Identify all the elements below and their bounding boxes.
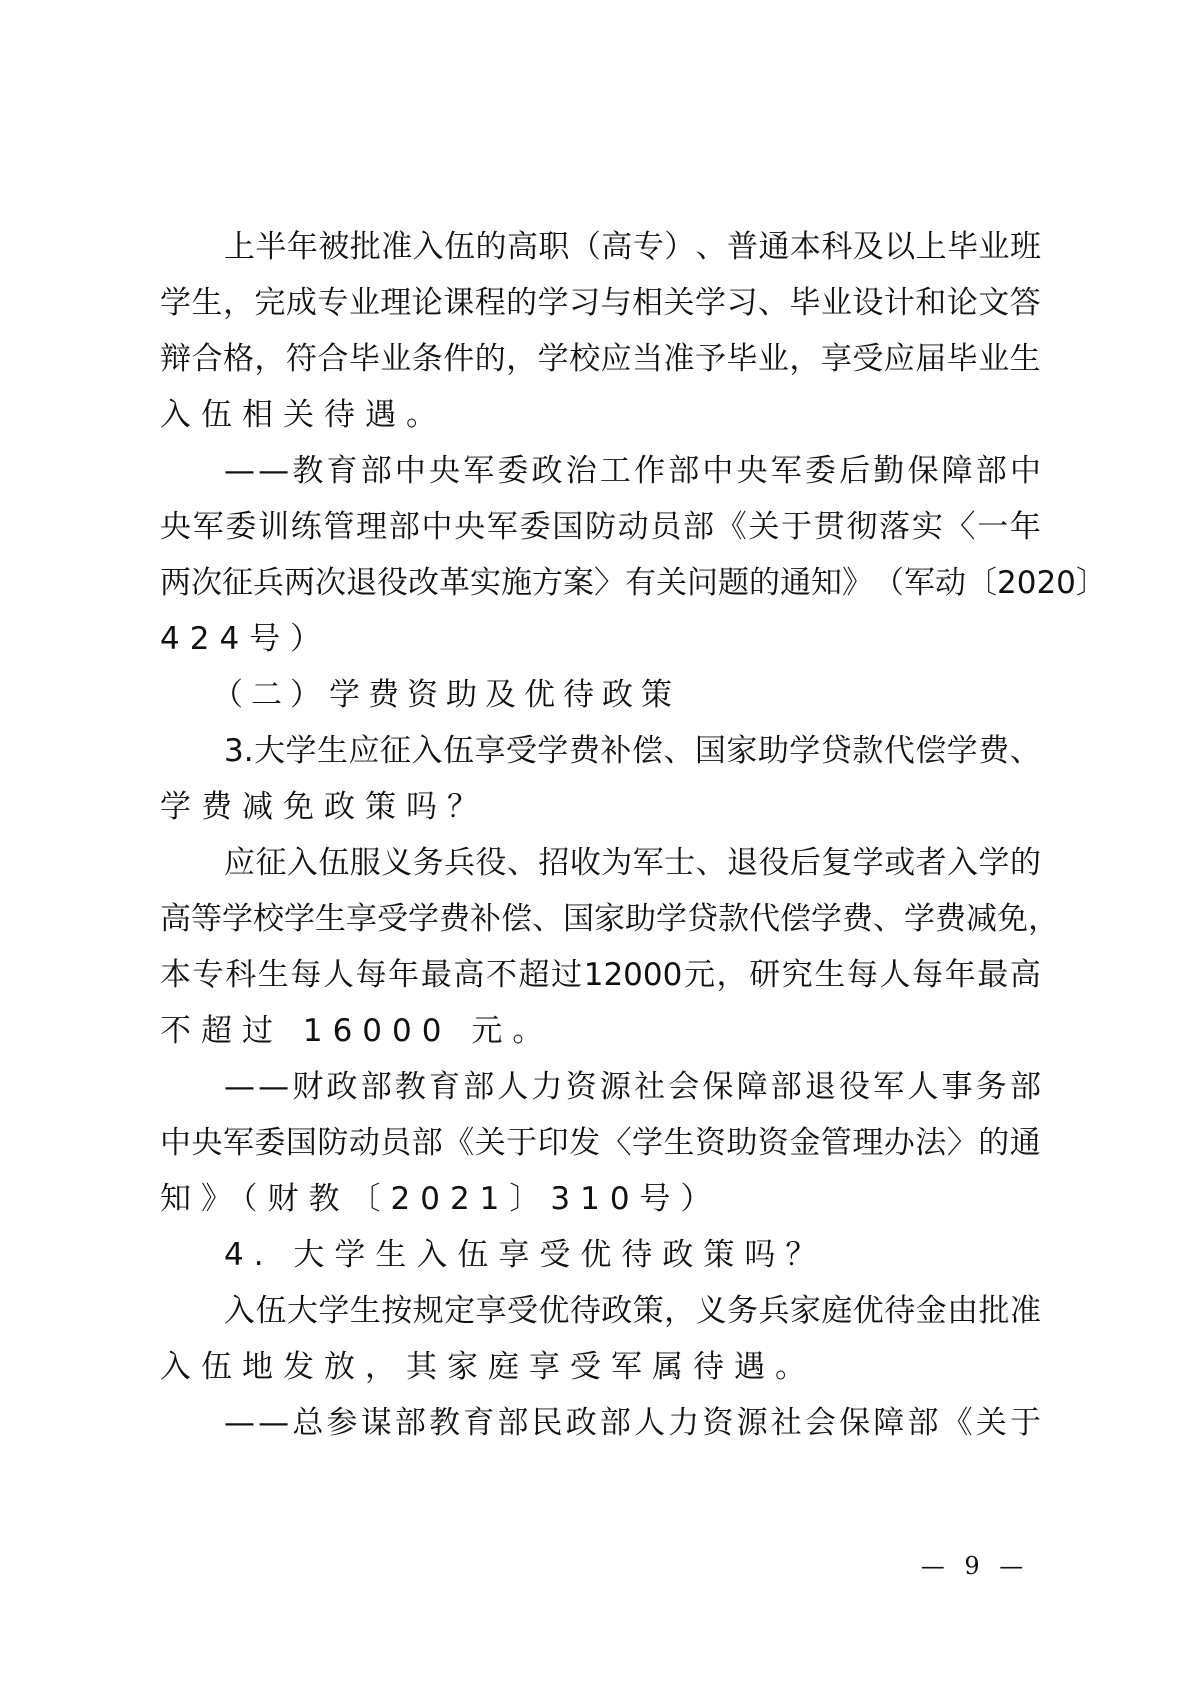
page-number: — 9 —	[920, 1552, 1030, 1580]
paragraph-line: 入伍相关待遇。	[160, 387, 1041, 443]
paragraph-line: 上半年被批准入伍的高职（高专）、普通本科及以上毕业班	[160, 219, 1041, 275]
citation-line: 两次征兵两次退役改革实施方案〉有关问题的通知》（军动〔2020〕	[160, 555, 1041, 611]
paragraph-line: 入伍地发放，其家庭享受军属待遇。	[160, 1339, 1041, 1395]
citation-line: 中央军委国防动员部《关于印发〈学生资助资金管理办法〉的通	[160, 1115, 1041, 1171]
paragraph-line: 学生，完成专业理论课程的学习与相关学习、毕业设计和论文答	[160, 275, 1041, 331]
citation-line: ——教育部中央军委政治工作部中央军委后勤保障部中	[160, 443, 1041, 499]
body-text: 上半年被批准入伍的高职（高专）、普通本科及以上毕业班 学生，完成专业理论课程的学…	[160, 219, 1041, 1451]
section-heading: （二）学费资助及优待政策	[160, 667, 1041, 723]
paragraph-line: 辩合格，符合毕业条件的，学校应当准予毕业，享受应届毕业生	[160, 331, 1041, 387]
citation-line: ——财政部教育部人力资源社会保障部退役军人事务部	[160, 1059, 1041, 1115]
paragraph-line: 高等学校学生享受学费补偿、国家助学贷款代偿学费、学费减免，	[160, 891, 1041, 947]
citation-line: ——总参谋部教育部民政部人力资源社会保障部《关于	[160, 1395, 1041, 1451]
paragraph-line: 不超过 16000 元。	[160, 1003, 1041, 1059]
citation-line: 424号）	[160, 611, 1041, 667]
question-line: 3.大学生应征入伍享受学费补偿、国家助学贷款代偿学费、	[160, 723, 1041, 779]
question-line: 4. 大学生入伍享受优待政策吗？	[160, 1227, 1041, 1283]
citation-line: 央军委训练管理部中央军委国防动员部《关于贯彻落实〈一年	[160, 499, 1041, 555]
citation-line: 知》（财教〔2021〕310号）	[160, 1171, 1041, 1227]
document-page: 上半年被批准入伍的高职（高专）、普通本科及以上毕业班 学生，完成专业理论课程的学…	[0, 0, 1190, 1683]
paragraph-line: 本专科生每人每年最高不超过12000元，研究生每人每年最高	[160, 947, 1041, 1003]
paragraph-line: 入伍大学生按规定享受优待政策，义务兵家庭优待金由批准	[160, 1283, 1041, 1339]
question-line: 学费减免政策吗？	[160, 779, 1041, 835]
paragraph-line: 应征入伍服义务兵役、招收为军士、退役后复学或者入学的	[160, 835, 1041, 891]
